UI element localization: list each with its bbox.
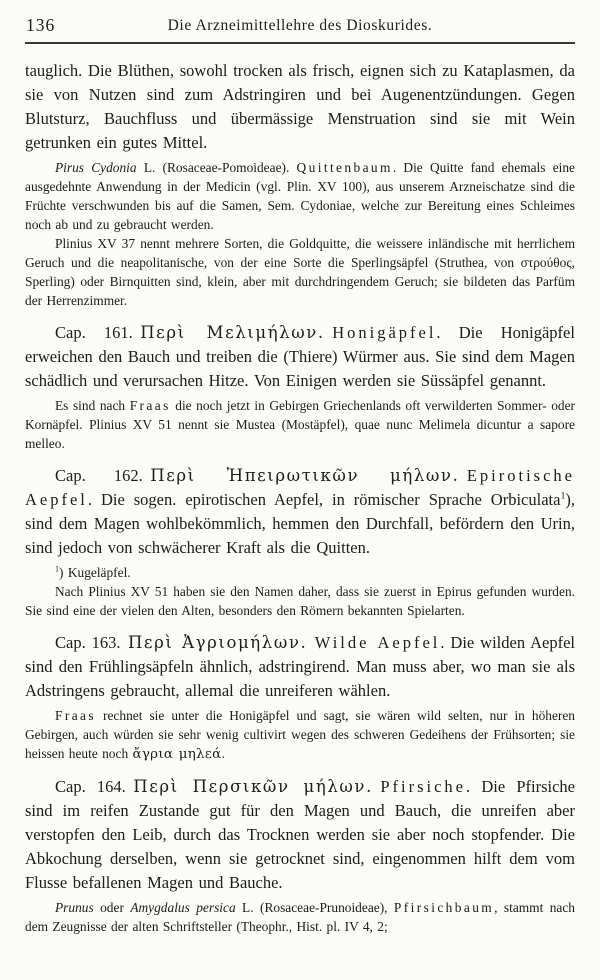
greek-chapter-title: Περὶ Περσικῶν μήλων. (133, 777, 373, 796)
chapter-number: Cap. 164. (55, 777, 126, 796)
spaced-term: Pfirsichbaum (394, 900, 494, 915)
spaced-term: Pfirsiche (380, 777, 466, 796)
page-header: 136 Die Arzneimittellehre des Dioskuride… (25, 13, 575, 38)
spaced-term: Honigäpfel (332, 323, 436, 342)
note-text: L. (Rosaceae-Prunoideae), (236, 900, 394, 915)
chapter-161-paragraph: Cap. 161.Περὶ Μελιμήλων.Honigäpfel. Die … (25, 321, 575, 393)
note-text: . (221, 746, 224, 761)
footnote-text: ) Kugeläpfel. (59, 565, 131, 580)
spaced-term: Quittenbaum (297, 160, 393, 175)
latin-species-name: Prunus (55, 900, 94, 915)
footnote-1: 1) Kugeläpfel. (25, 563, 575, 582)
chapter-164-paragraph: Cap. 164.Περὶ Περσικῶν μήλων.Pfirsiche. … (25, 775, 575, 895)
note-text: Plinius XV 37 nennt mehrere Sorten, die … (25, 236, 575, 308)
note-text: oder (94, 900, 131, 915)
spaced-term: Wilde Aepfel (315, 633, 441, 652)
book-page: 136 Die Arzneimittellehre des Dioskuride… (0, 0, 600, 936)
chapter-number: Cap. 161. (55, 323, 133, 342)
latin-species-name: Pirus Cydonia (55, 160, 137, 175)
note-fraas-honigaepfel: Es sind nach Fraas die noch jetzt in Geb… (25, 396, 575, 453)
note-text: Es sind nach (55, 398, 130, 413)
species-note-pirus-cydonia: Pirus Cydonia L. (Rosaceae-Pomoideae). Q… (25, 158, 575, 234)
chapter-162-paragraph: Cap. 162.Περὶ Ἠπειρωτικῶν μήλων.Epirotis… (25, 464, 575, 560)
chapter-number: Cap. 162. (55, 466, 143, 485)
chapter-163-paragraph: Cap. 163.Περὶ Ἀγριομήλων.Wilde Aepfel. D… (25, 631, 575, 703)
note-text: L. (Rosaceae-Pomoideae). (137, 160, 297, 175)
greek-chapter-title: Περὶ Ἠπειρωτικῶν μήλων. (150, 466, 459, 485)
running-title: Die Arzneimittellehre des Dioskurides. (25, 13, 575, 35)
spaced-author-name: Fraas (130, 398, 171, 413)
greek-chapter-title: Περὶ Ἀγριομήλων. (128, 633, 307, 652)
chapter-text: . Die sogen. epirotischen Aepfel, in röm… (88, 490, 561, 509)
note-plinius-sorten: Plinius XV 37 nennt mehrere Sorten, die … (25, 234, 575, 310)
note-text: rechnet sie unter die Honigäpfel und sag… (25, 708, 575, 761)
paragraph-continuation: tauglich. Die Blüthen, sowohl trocken al… (25, 59, 575, 155)
note-text: Nach Plinius XV 51 haben sie den Namen d… (25, 584, 575, 618)
greek-chapter-title: Περὶ Μελιμήλων. (140, 323, 325, 342)
paragraph-text: tauglich. Die Blüthen, sowohl trocken al… (25, 61, 575, 152)
latin-species-name: Amygdalus persica (130, 900, 235, 915)
page-number: 136 (26, 15, 55, 36)
note-plinius-epirus: Nach Plinius XV 51 haben sie den Namen d… (25, 582, 575, 620)
spaced-author-name: Fraas (55, 708, 96, 723)
species-note-prunus-persica: Prunus oder Amygdalus persica L. (Rosace… (25, 898, 575, 936)
greek-phrase: ἄγρια μηλεά (133, 747, 222, 762)
note-fraas-wilde-aepfel: Fraas rechnet sie unter die Honigäpfel u… (25, 706, 575, 764)
chapter-number: Cap. 163. (55, 633, 121, 652)
header-rule (25, 42, 575, 44)
